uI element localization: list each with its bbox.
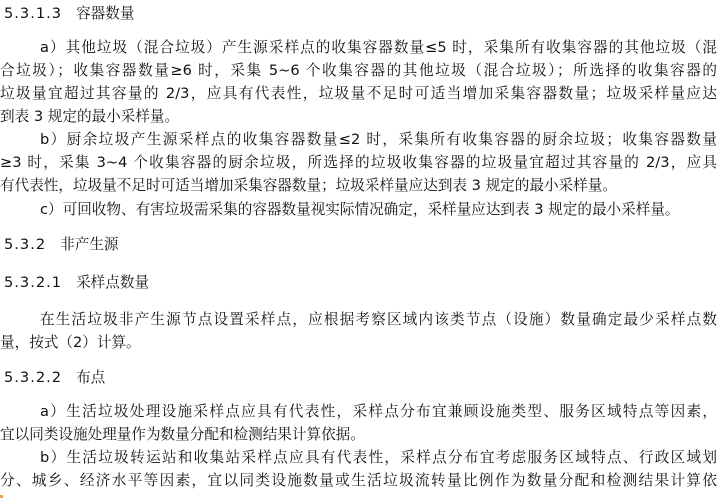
section-title: 容器数量: [76, 5, 134, 22]
section-title: 非产生源: [60, 236, 118, 253]
edge-marker: [0, 495, 3, 498]
paragraph-line: 量，按式（2）计算。: [0, 333, 717, 353]
paragraph-b-line: 有代表性，垃圾量不足时可适当增加采集容器数量；垃圾采样量应达到表 3 规定的最小…: [0, 176, 717, 196]
paragraph-b-line: b）生活垃圾转运站和收集站采样点应具有代表性，采样点分布宜考虑服务区域特点、行政…: [0, 448, 717, 468]
section-heading-5-3-2-1: 5.3.2.1采样点数量: [4, 273, 149, 293]
section-number: 5.3.2.1: [4, 274, 62, 291]
paragraph-c-line: c）可回收物、有害垃圾需采集的容器数量视实际情况确定，采样量应达到表 3 规定的…: [0, 200, 717, 220]
section-title: 采样点数量: [76, 274, 149, 291]
section-heading-5-3-2-2: 5.3.2.2布点: [4, 368, 105, 388]
section-number: 5.3.2: [4, 236, 46, 253]
section-title: 布点: [76, 369, 105, 386]
paragraph-b-line: b）厨余垃圾产生源采样点的收集容器数量≤2 时，采集所有收集容器的厨余垃圾；收集…: [0, 130, 717, 150]
paragraph-a-line: a）生活垃圾处理设施采样点应具有代表性，采样点分布宜兼顾设施类型、服务区域特点等…: [0, 402, 717, 422]
paragraph-a-line: 到表 3 规定的最小采样量。: [0, 107, 717, 127]
paragraph-a-line: a）其他垃圾（混合垃圾）产生源采样点的收集容器数量≤5 时，采集所有收集容器的其…: [0, 38, 717, 58]
section-number: 5.3.1.3: [4, 5, 62, 22]
section-heading-5-3-2: 5.3.2非产生源: [4, 235, 119, 255]
paragraph-b-line: ≥3 时，采集 3~4 个收集容器的厨余垃圾，所选择的垃圾收集容器的垃圾量宜超过…: [0, 153, 717, 173]
section-heading-5-3-1-3: 5.3.1.3容器数量: [4, 4, 134, 24]
paragraph-line: 在生活垃圾非产生源节点设置采样点，应根据考察区域内该类节点（设施）数量确定最少采…: [0, 310, 717, 330]
paragraph-b-line: 分、城乡、经济水平等因素，宜以同类设施数量或生活垃圾流转量比例作为数量分配和检测…: [0, 471, 717, 491]
paragraph-a-line: 垃圾量宜超过其容量的 2/3，应具有代表性，垃圾量不足时可适当增加采集容器数量；…: [0, 84, 717, 104]
paragraph-a-line: 合垃圾）；收集容器数量≥6 时，采集 5~6 个收集容器的其他垃圾（混合垃圾）；…: [0, 61, 717, 81]
section-number: 5.3.2.2: [4, 369, 62, 386]
paragraph-a-line: 宜以同类设施处理量作为数量分配和检测结果计算依据。: [0, 425, 717, 445]
